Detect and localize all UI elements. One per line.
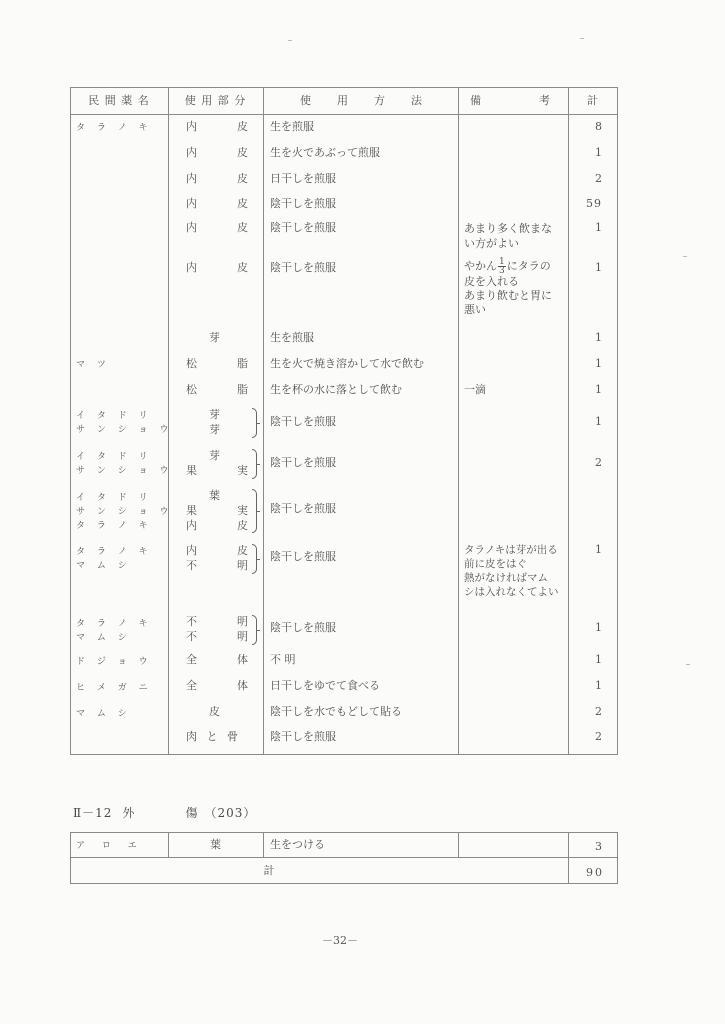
col-divider-3 (458, 87, 459, 755)
method-cell: 陰干しを煎服 (270, 730, 336, 744)
method-cell: 陰干しを煎服 (270, 621, 336, 635)
name-cell: ア ロ エ (76, 839, 137, 853)
count-cell: 1 (568, 679, 602, 692)
method-cell: 陰干しを煎服 (270, 415, 336, 429)
grouping-brace (252, 489, 257, 533)
part-cell: 内皮 (186, 221, 248, 235)
part-cell: 全体 (186, 679, 248, 693)
header-usage-char: 用 (337, 94, 348, 108)
method-cell: 陰干しを煎服 (270, 221, 336, 235)
section-number: Ⅱ－12 (73, 806, 112, 820)
section-title-char: 外 (122, 806, 135, 820)
count-cell: 2 (568, 705, 602, 718)
method-cell: 生をつける (270, 838, 325, 852)
method-cell: 日干しをゆでて食べる (270, 679, 380, 693)
grouping-brace (252, 544, 257, 574)
method-cell: 陰干しを煎服 (270, 550, 336, 564)
name-cell: タ ラ ノ キ (76, 121, 156, 135)
part-cell: 内皮 (186, 120, 248, 134)
scan-speck (686, 664, 690, 665)
method-cell: 陰干しを煎服 (270, 197, 336, 211)
part-cell: 皮 (209, 705, 220, 719)
col-divider-2 (263, 87, 264, 755)
count-cell: 1 (568, 221, 602, 234)
name-cell: ド ジ ョ ウ (76, 655, 148, 669)
method-cell: 日干しを煎服 (270, 172, 336, 186)
part-cell: 内皮 (186, 197, 248, 211)
name-cell: マ ム シ (76, 707, 127, 721)
method-cell: 不 明 (270, 653, 296, 667)
header-usage-char: 法 (411, 94, 422, 108)
scan-speck (580, 38, 584, 39)
section-title-char: 傷 (185, 806, 198, 820)
count-cell: 1 (568, 543, 602, 556)
method-cell: 陰干しを煎服 (270, 456, 336, 470)
table-left-border (70, 87, 71, 755)
count-cell: 2 (568, 730, 602, 743)
name-cell: タ ラ ノ キ マ ム シ (76, 617, 156, 645)
count-cell: 2 (568, 172, 602, 185)
part-cell: 芽 (209, 331, 220, 345)
part-cell: 芽 果実 (186, 448, 248, 478)
part-cell: 内皮 不明 (186, 543, 248, 573)
grouping-brace (252, 449, 257, 479)
header-bottom-border (70, 114, 618, 115)
total-value: 90 (568, 866, 604, 879)
method-cell: 陰干しを水でもどして貼る (270, 705, 402, 719)
part-cell: 肉 と 骨 (186, 730, 248, 744)
name-cell: イ タ ド リ サ ン シ ョ ウ (76, 409, 156, 437)
header-usage-method: 使 用 方 法 (300, 94, 422, 108)
row-divider (70, 857, 618, 858)
count-cell: 1 (568, 357, 602, 370)
part-cell: 内皮 (186, 146, 248, 160)
page-number: －32－ (310, 932, 370, 948)
table-top-border (70, 87, 618, 88)
table-top-border (70, 832, 618, 833)
table-bottom-border (70, 754, 618, 755)
name-cell: イ タ ド リ サ ン シ ョ ウ タ ラ ノ キ (76, 491, 156, 533)
col-divider-2 (263, 832, 264, 858)
count-cell: 1 (568, 383, 602, 396)
col-divider-3 (458, 832, 459, 858)
count-cell: 2 (568, 456, 602, 469)
part-cell: 内皮 (186, 172, 248, 186)
method-cell: 生を火で焼き溶かして水で飲む (270, 357, 424, 371)
grouping-brace (252, 615, 257, 645)
method-cell: 陰干しを煎服 (270, 502, 336, 516)
part-cell: 全体 (186, 653, 248, 667)
remarks-cell: あまり多く飲まな い方がよい (464, 221, 552, 251)
scan-speck (683, 256, 687, 257)
count-cell: 1 (568, 621, 602, 634)
section-title: Ⅱ－12外傷（203） (73, 804, 256, 821)
method-cell: 陰干しを煎服 (270, 261, 336, 275)
part-cell: 松脂 (186, 357, 248, 371)
header-total: 計 (568, 94, 617, 108)
header-part-used: 使 用 部 分 (168, 94, 263, 108)
header-usage-char: 方 (374, 94, 385, 108)
remarks-cell: タラノキは芽が出る 前に皮をはぐ 熱がなければマム シは入れなくてよい (464, 543, 559, 599)
part-cell: 芽 芽 (186, 407, 248, 437)
method-cell: 生を火であぶって煎服 (270, 146, 380, 160)
name-cell: マ ツ (76, 358, 156, 372)
part-cell: 内皮 (186, 261, 248, 275)
table-bottom-border (70, 883, 618, 884)
table-right-border (617, 87, 618, 755)
scan-speck (288, 40, 292, 41)
remarks-cell: 一滴 (464, 383, 486, 397)
total-label: 計 (70, 864, 468, 878)
part-cell: 不明 不明 (186, 614, 248, 644)
method-cell: 生を煎服 (270, 120, 314, 134)
header-usage-char: 使 (300, 94, 311, 108)
count-cell: 1 (568, 261, 602, 274)
count-cell: 3 (568, 840, 602, 853)
part-cell: 葉 果実 内皮 (186, 488, 248, 533)
grouping-brace (252, 408, 257, 438)
count-cell: 59 (568, 197, 602, 210)
part-cell: 葉 (168, 838, 263, 852)
part-cell: 松脂 (186, 383, 248, 397)
name-cell: タ ラ ノ キ マ ム シ (76, 545, 156, 573)
count-cell: 1 (568, 146, 602, 159)
count-cell: 1 (568, 415, 602, 428)
section-count: （203） (204, 806, 256, 820)
count-cell: 1 (568, 331, 602, 344)
header-remarks-char: 備 (470, 94, 481, 108)
col-divider-1 (168, 87, 169, 755)
header-remarks: 備 考 (470, 94, 550, 108)
name-cell: ヒ メ ガ ニ (76, 681, 148, 695)
method-cell: 生を煎服 (270, 331, 314, 345)
method-cell: 生を杯の水に落として飲む (270, 383, 402, 397)
name-cell: イ タ ド リ サ ン シ ョ ウ (76, 450, 156, 478)
count-cell: 8 (568, 120, 602, 133)
fraction-one-third: 13 (498, 258, 506, 275)
table-right-border (617, 832, 618, 884)
header-remarks-char: 考 (539, 94, 550, 108)
header-folk-medicine-name: 民 間 薬 名 (70, 94, 168, 108)
remarks-cell: やかん13にタラの 皮を入れる あまり飲むと胃に 悪い (464, 258, 552, 317)
count-cell: 1 (568, 653, 602, 666)
